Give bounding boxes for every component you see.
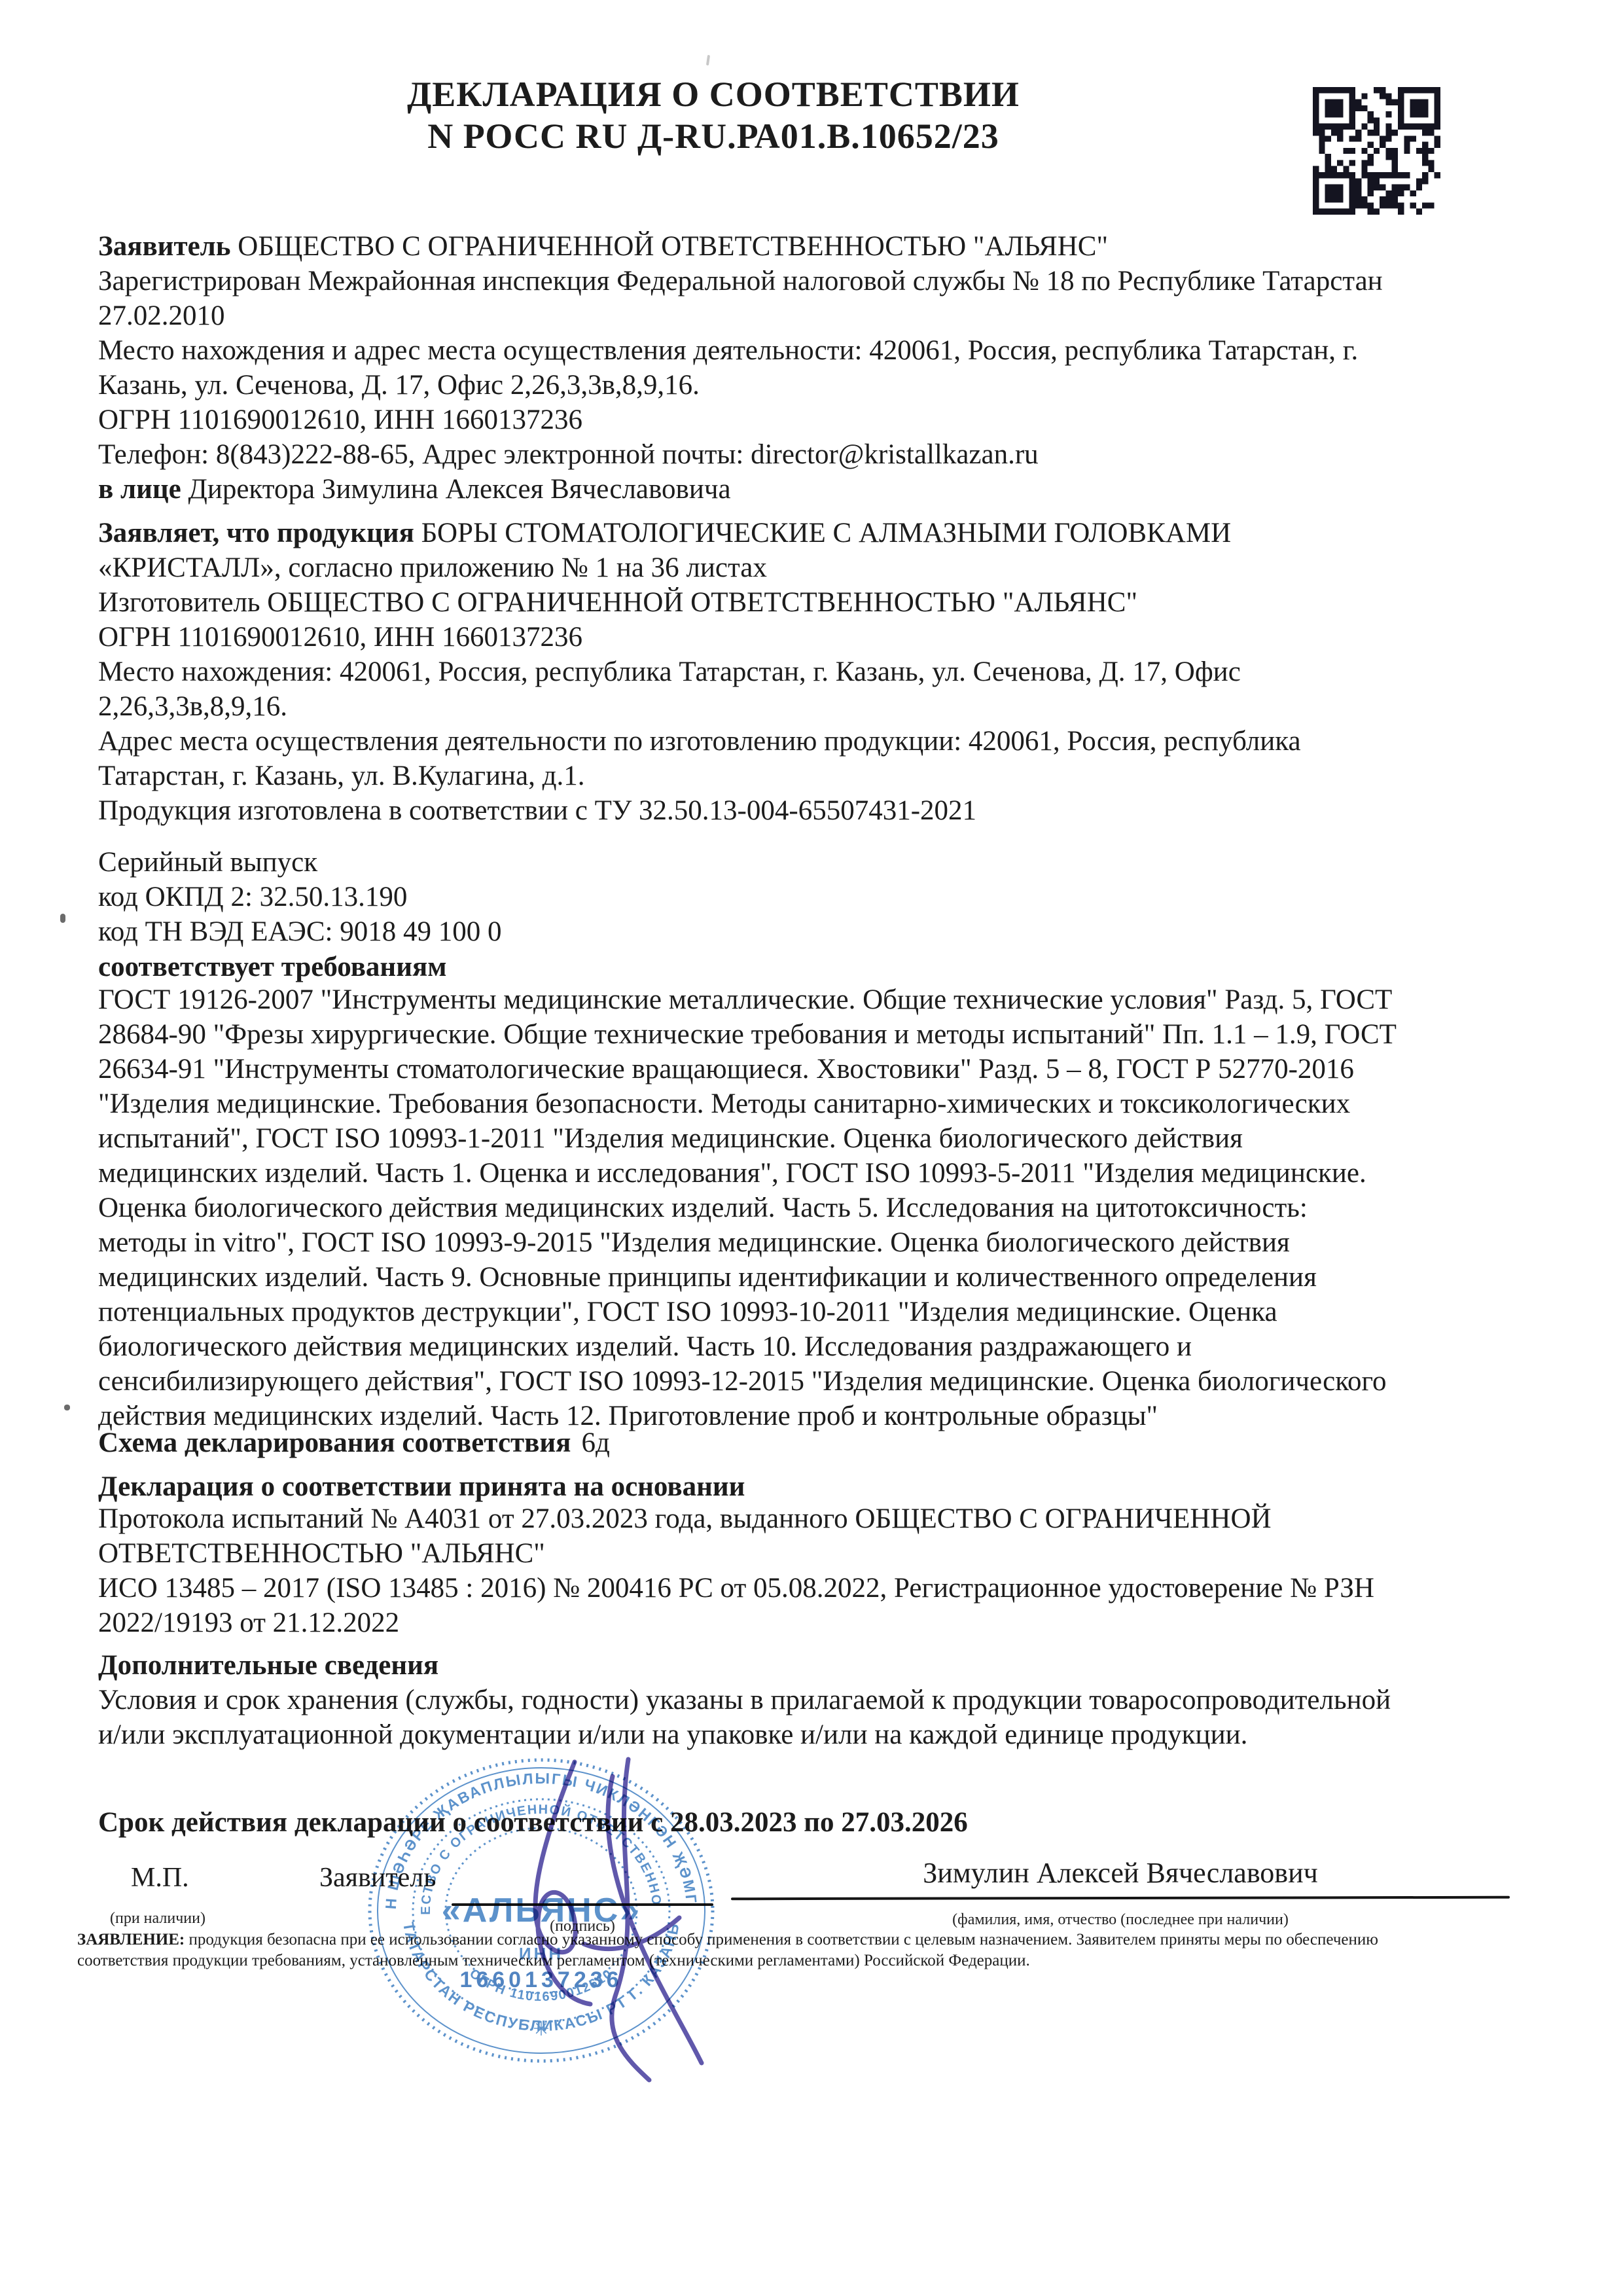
signatory-name: Зимулин Алексей Вячеславович	[731, 1856, 1510, 1890]
in-face-text: Директора Зимулина Алексея Вячеславовича	[181, 474, 731, 505]
document-header: ДЕКЛАРАЦИЯ О СООТВЕТСТВИИ N РОСС RU Д-RU…	[98, 73, 1329, 157]
scan-artifact	[706, 55, 710, 65]
scheme-label: Схема декларирования соответствия	[98, 1427, 571, 1458]
statement-section: ЗАЯВЛЕНИЕ: продукция безопасна при ее ис…	[77, 1929, 1602, 1971]
applicant-text: ОБЩЕСТВО С ОГРАНИЧЕННОЙ ОТВЕТСТВЕННОСТЬЮ…	[98, 231, 1383, 470]
name-line	[731, 1896, 1510, 1900]
scan-artifact	[60, 914, 65, 923]
basis-text: Протокола испытаний № А4031 от 27.03.202…	[98, 1501, 1603, 1640]
stamp-place-label: М.П.	[131, 1862, 189, 1893]
product-text: БОРЫ СТОМАТОЛОГИЧЕСКИЕ С АЛМАЗНЫМИ ГОЛОВ…	[98, 518, 1301, 826]
stamp-place-note: (при наличии)	[110, 1910, 205, 1928]
qr-code	[1313, 86, 1440, 215]
validity-text: Срок действия декларации о соответствии …	[98, 1805, 1603, 1840]
document-number: N РОСС RU Д-RU.РА01.В.10652/23	[98, 115, 1329, 157]
applicant-section: Заявитель ОБЩЕСТВО С ОГРАНИЧЕННОЙ ОТВЕТС…	[98, 229, 1603, 507]
scheme-value: 6д	[581, 1427, 609, 1458]
compliance-label: соответствует требованиям	[98, 950, 1603, 984]
additional-text: Условия и срок хранения (службы, годност…	[98, 1683, 1603, 1752]
product-section: Заявляет, что продукция БОРЫ СТОМАТОЛОГИ…	[98, 516, 1603, 828]
applicant-label: Заявитель	[98, 231, 231, 262]
additional-label: Дополнительные сведения	[98, 1648, 1603, 1683]
statement-label: ЗАЯВЛЕНИЕ:	[77, 1931, 185, 1948]
declaration-document: ДЕКЛАРАЦИЯ О СООТВЕТСТВИИ N РОСС RU Д-RU…	[0, 0, 1623, 2296]
scheme-section: Схема декларирования соответствия6д	[98, 1426, 1603, 1460]
serial-codes-text: Серийный выпуск код ОКПД 2: 32.50.13.190…	[98, 847, 501, 947]
product-label: Заявляет, что продукция	[98, 518, 414, 548]
standards-text: ГОСТ 19126-2007 "Инструменты медицинские…	[98, 982, 1603, 1433]
page-title: ДЕКЛАРАЦИЯ О СООТВЕТСТВИИ	[98, 73, 1329, 115]
scan-artifact	[64, 1405, 70, 1410]
serial-codes-section: Серийный выпуск код ОКПД 2: 32.50.13.190…	[98, 845, 1603, 949]
in-face-label: в лице	[98, 474, 181, 505]
signature-stroke	[535, 1762, 590, 2004]
basis-label: Декларация о соответствии принята на осн…	[98, 1469, 1603, 1504]
handwritten-signature	[419, 1721, 759, 2088]
name-note: (фамилия, имя, отчество (последнее при н…	[731, 1911, 1510, 1929]
